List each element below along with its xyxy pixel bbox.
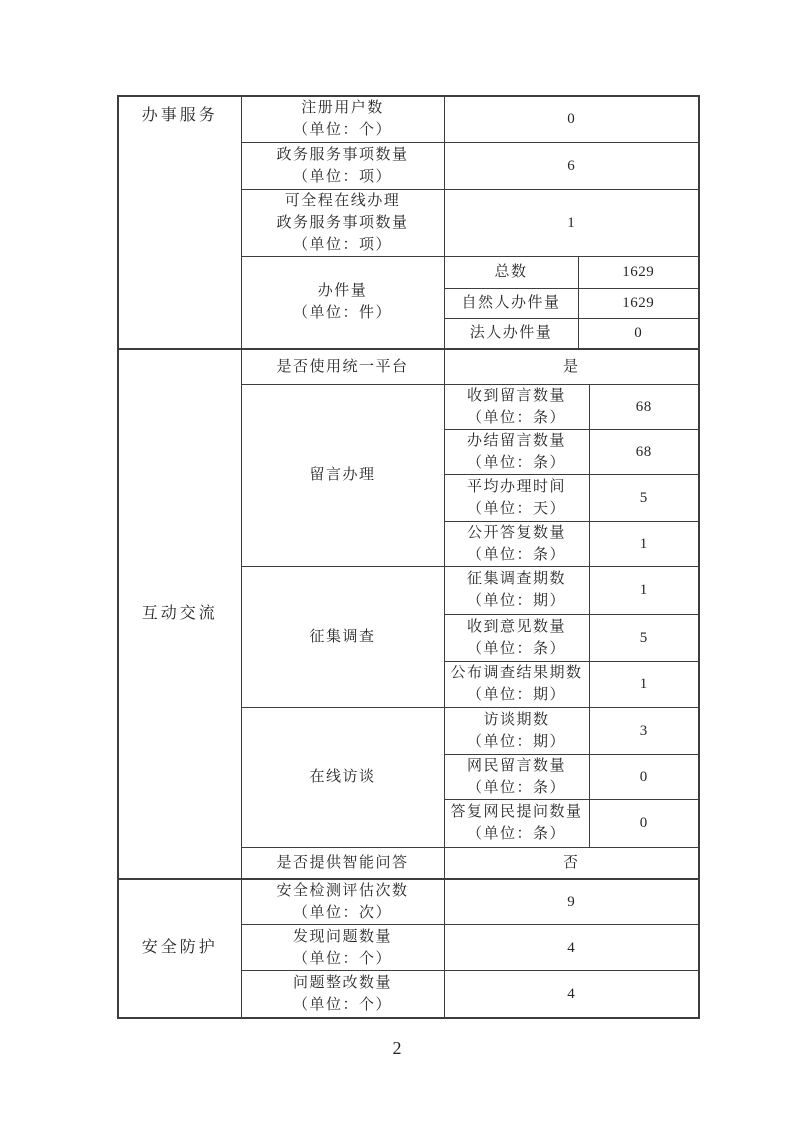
sub-item-value: 5 [589,614,699,661]
item-label: 在线访谈 [241,707,444,847]
sub-item-value: 0 [578,318,699,349]
sub-item-value: 1 [589,521,699,566]
item-value: 是 [444,349,699,384]
item-label: 是否使用统一平台 [241,349,444,384]
category-cell-interaction: 互动交流 [118,349,241,879]
sub-item-value: 0 [589,799,699,847]
sub-item-value: 3 [589,707,699,754]
category-cell-security: 安全防护 [118,879,241,1018]
item-label: 发现问题数量 （单位：个） [241,925,444,971]
sub-item-label: 平均办理时间 （单位：天） [444,474,589,521]
sub-item-label: 法人办件量 [444,318,578,349]
item-label: 留言办理 [241,384,444,566]
sub-item-label: 自然人办件量 [444,288,578,318]
sub-item-label: 办结留言数量 （单位：条） [444,429,589,474]
item-label: 安全检测评估次数 （单位：次） [241,879,444,925]
item-value: 0 [444,96,699,142]
item-value: 否 [444,847,699,879]
sub-item-value: 1 [589,661,699,707]
document-page: 办事服务 注册用户数 （单位：个） 0 政务服务事项数量 （单位：项） 6 可全… [0,0,794,1122]
item-label: 注册用户数 （单位：个） [241,96,444,142]
annual-report-table: 办事服务 注册用户数 （单位：个） 0 政务服务事项数量 （单位：项） 6 可全… [117,95,700,1019]
sub-item-label: 访谈期数 （单位：期） [444,707,589,754]
item-value: 4 [444,971,699,1018]
sub-item-value: 68 [589,384,699,429]
item-label: 可全程在线办理 政务服务事项数量 （单位：项） [241,189,444,256]
item-label: 办件量 （单位：件） [241,256,444,349]
sub-item-value: 1629 [578,288,699,318]
sub-item-value: 5 [589,474,699,521]
sub-item-value: 1 [589,566,699,614]
page-number: 2 [0,1038,794,1059]
sub-item-label: 公开答复数量 （单位：条） [444,521,589,566]
item-label: 是否提供智能问答 [241,847,444,879]
item-label: 政务服务事项数量 （单位：项） [241,142,444,189]
sub-item-label: 总数 [444,256,578,288]
item-value: 9 [444,879,699,925]
sub-item-label: 征集调查期数 （单位：期） [444,566,589,614]
item-value: 1 [444,189,699,256]
sub-item-label: 公布调查结果期数 （单位：期） [444,661,589,707]
item-value: 4 [444,925,699,971]
item-value: 6 [444,142,699,189]
sub-item-label: 答复网民提问数量 （单位：条） [444,799,589,847]
sub-item-value: 1629 [578,256,699,288]
sub-item-label: 收到留言数量 （单位：条） [444,384,589,429]
category-cell-service: 办事服务 [118,96,241,349]
sub-item-label: 网民留言数量 （单位：条） [444,754,589,799]
item-label: 问题整改数量 （单位：个） [241,971,444,1018]
sub-item-value: 68 [589,429,699,474]
sub-item-label: 收到意见数量 （单位：条） [444,614,589,661]
item-label: 征集调查 [241,566,444,707]
sub-item-value: 0 [589,754,699,799]
